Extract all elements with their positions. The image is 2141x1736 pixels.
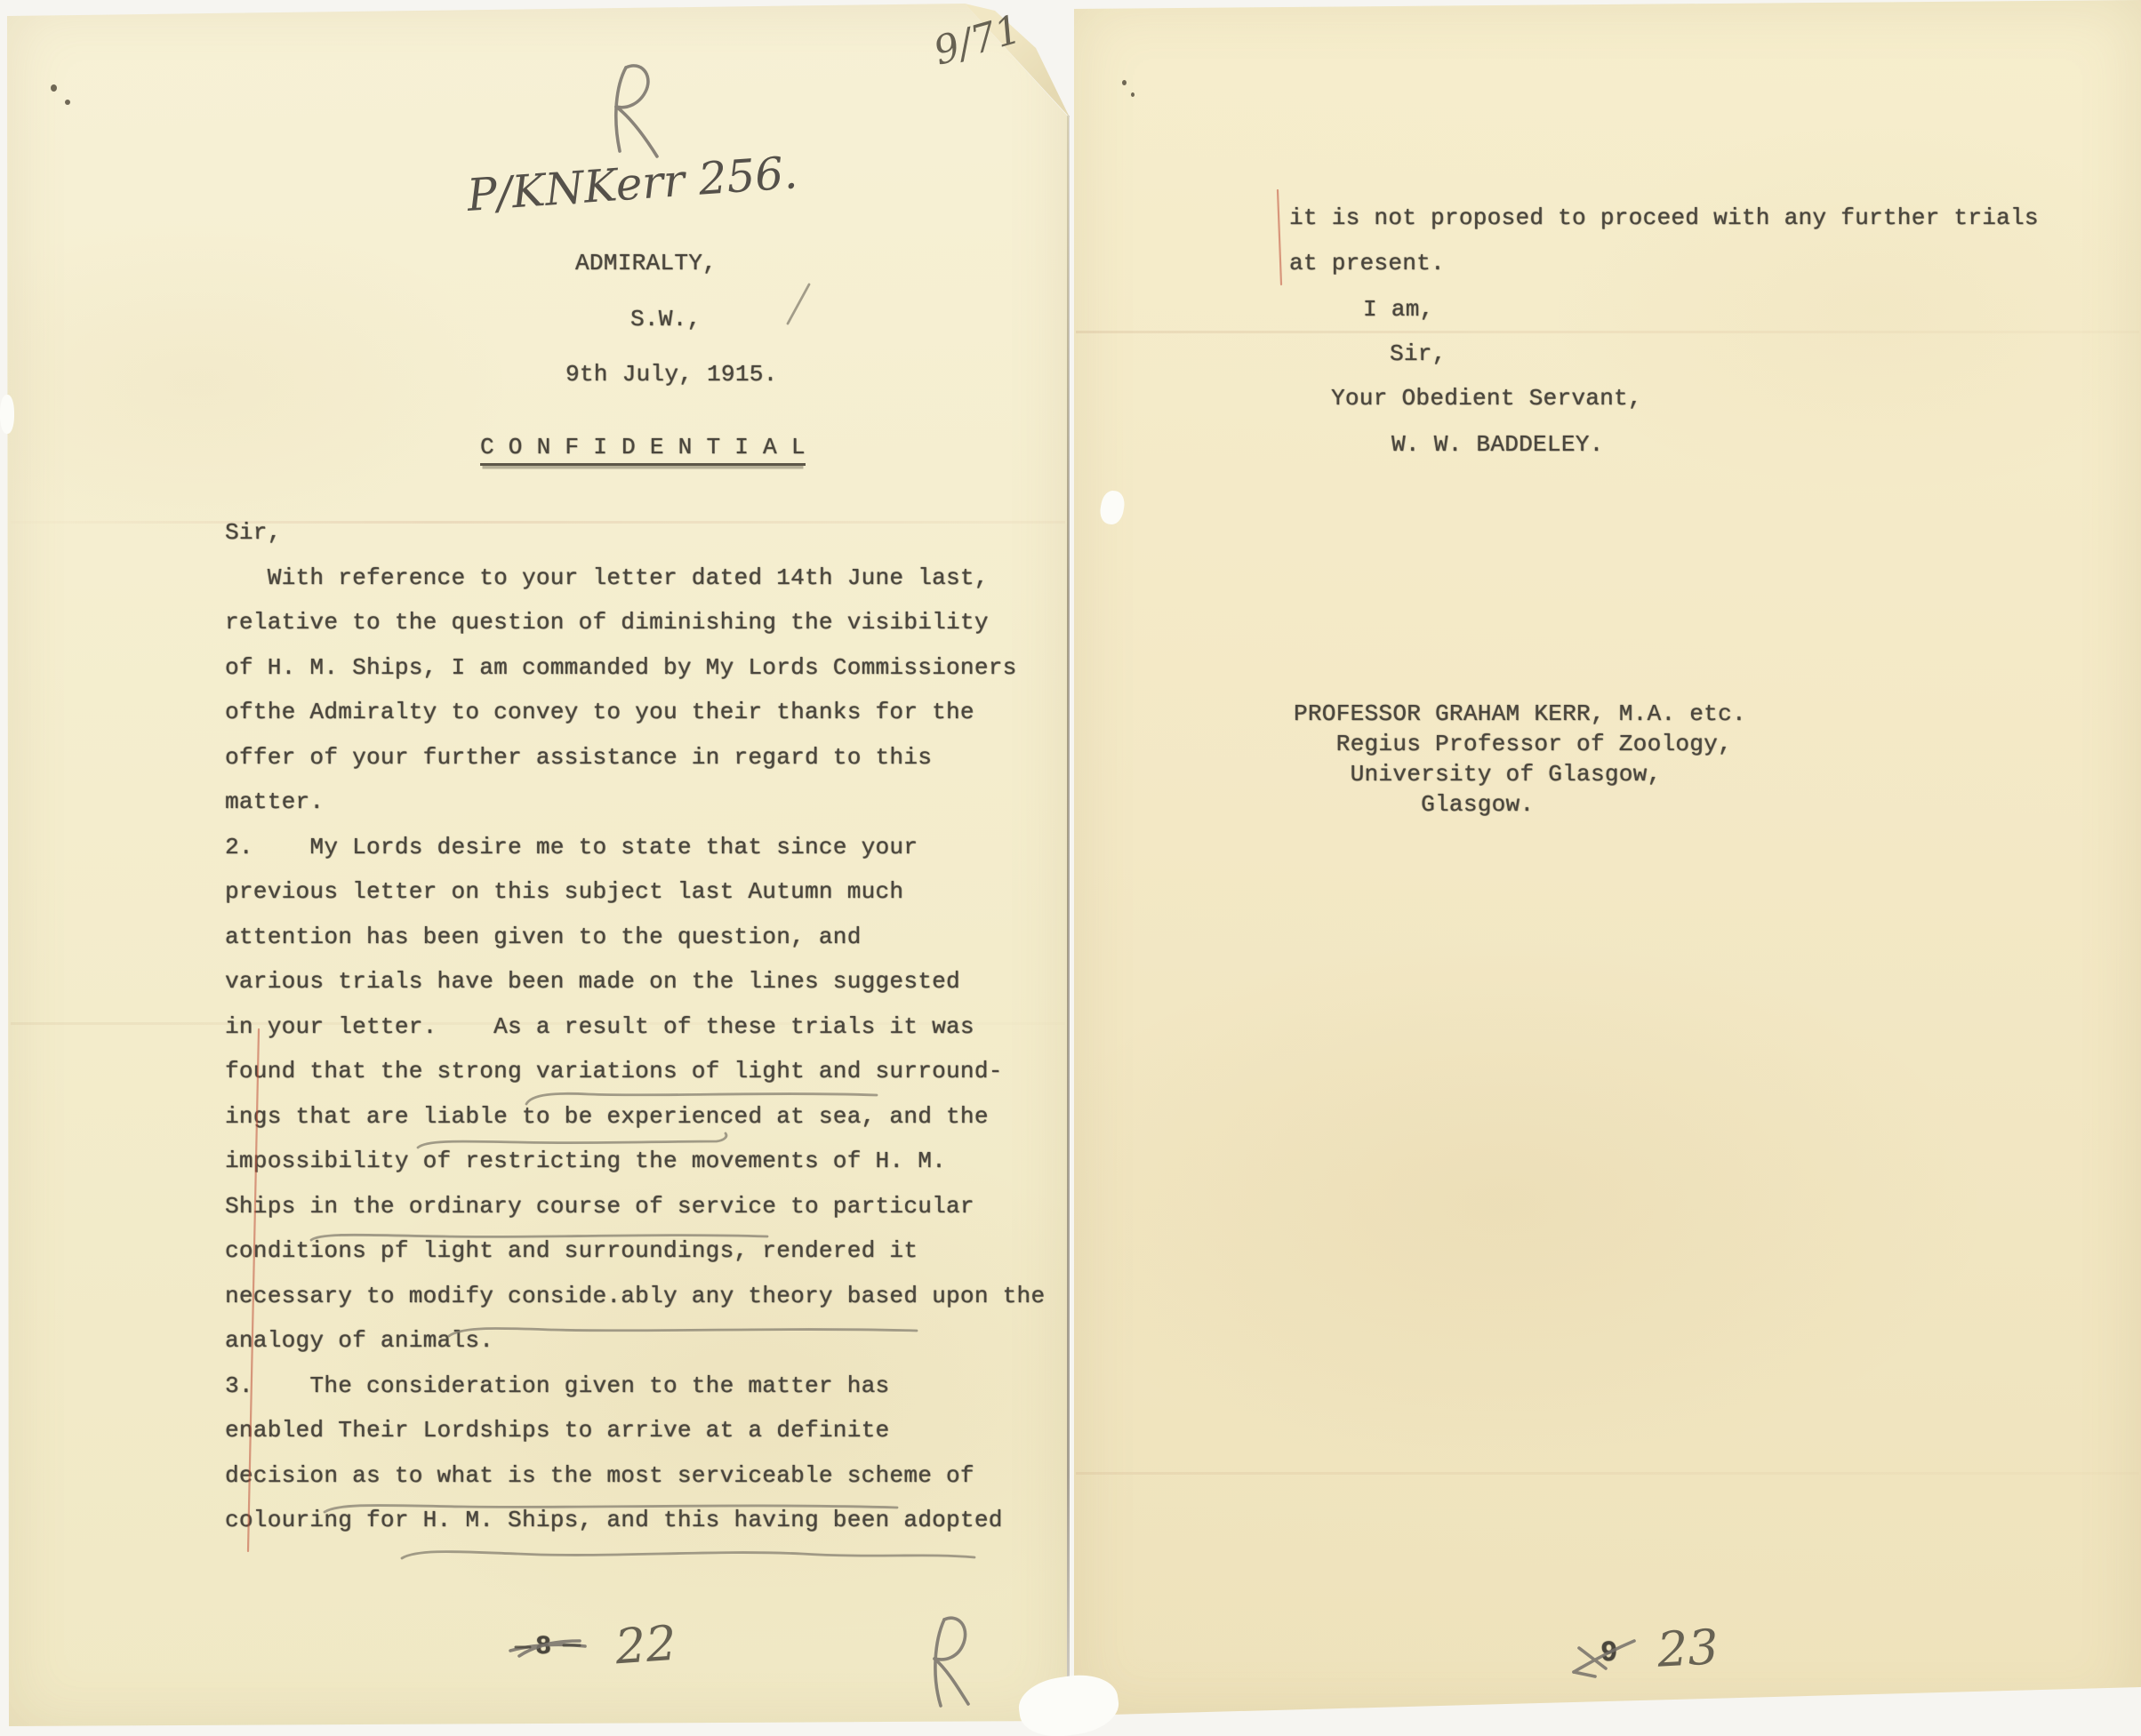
closing-servant: Your Obedient Servant, — [1331, 387, 1642, 410]
signature-baddeley: W. W. BADDELEY. — [1391, 433, 1604, 456]
handwritten-page-number-22: 22 — [613, 1620, 678, 1672]
letterhead-office: ADMIRALTY, — [575, 252, 717, 275]
closing-sir: Sir, — [1390, 342, 1447, 365]
letter-body-page-2: it is not proposed to proceed with any f… — [1289, 196, 2039, 285]
paper-speck — [1122, 80, 1127, 85]
letterhead-district: S.W., — [630, 308, 702, 331]
recipient-address: PROFESSOR GRAHAM KERR, M.A. etc. Regius … — [1294, 699, 1746, 820]
paper-speck — [51, 84, 57, 92]
handwritten-page-number-23: 23 — [1656, 1623, 1720, 1675]
fold-crease — [1076, 1472, 2139, 1475]
edge-tear — [0, 395, 14, 434]
document-scan: ADMIRALTY, S.W., 9th July, 1915. C O N F… — [0, 0, 2141, 1736]
page-gap-edge — [1067, 116, 1070, 1716]
struck-page-stamp: 9 — [1600, 1639, 1618, 1668]
classification-heading: C O N F I D E N T I A L — [480, 436, 806, 466]
closing-i-am: I am, — [1363, 298, 1434, 321]
paper-speck — [1131, 92, 1135, 97]
fold-crease — [1076, 331, 2139, 333]
struck-page-stamp: 8 — [535, 1634, 551, 1660]
paper-speck — [65, 100, 70, 105]
letter-date: 9th July, 1915. — [565, 363, 778, 386]
letter-body-page-1: Sir, With reference to your letter dated… — [225, 510, 1045, 1543]
